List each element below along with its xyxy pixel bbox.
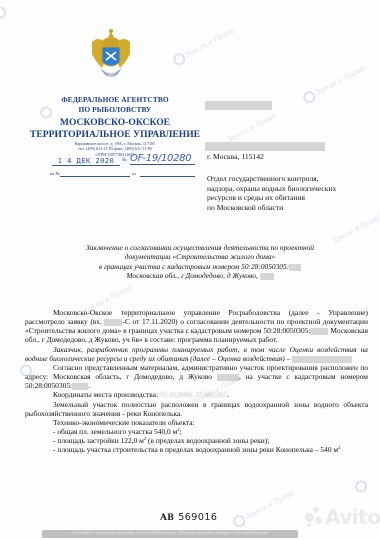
watermark-logo-icon <box>231 513 247 529</box>
agency-name: ФЕДЕРАЛЬНОЕ АГЕНТСТВО ПО РЫБОЛОВСТВУ <box>30 95 200 114</box>
watermark: Земля и Право <box>231 487 297 530</box>
indicator-construction-area: - площадь участка строительства в предел… <box>25 445 368 454</box>
paragraph-coordinates: Координаты места производства: 55.412060… <box>25 390 368 399</box>
redacted-addressee-name <box>205 101 272 110</box>
document-body: Московско-Окское территориальное управле… <box>25 308 368 455</box>
watermark-logo-icon <box>301 89 317 105</box>
indicator-land-area: - общая пл. земельного участка 540,0 м2; <box>25 427 368 436</box>
redacted-customer-name <box>292 356 352 363</box>
coat-of-arms-icon <box>88 28 134 82</box>
watermark <box>0 3 10 20</box>
reference-row: на № от <box>50 171 195 177</box>
redacted-cadastral-suffix <box>72 383 88 390</box>
watermark-notice-bar: Скачайте пробную версию Visual Watermark… <box>42 530 298 538</box>
redacted-plot-number <box>260 273 274 280</box>
watermark-logo-icon <box>0 4 8 20</box>
watermark: Земля и Право <box>301 63 367 106</box>
number-label: № <box>122 158 127 163</box>
paragraph-water-zone: Земельный участок полностью расположен в… <box>25 400 368 418</box>
watermark: Земля и Право <box>331 213 380 245</box>
avito-watermark: Avito <box>325 505 380 529</box>
indicator-building-area: - площадь застройки 122,0 м2 (в пределах… <box>25 436 368 445</box>
paragraph-location: Согласно представленным материалам, адми… <box>25 363 368 390</box>
document-title: Заключение о согласовании осуществления … <box>40 243 360 281</box>
registration-number: OF-19/10280 <box>130 153 195 165</box>
watermark: Земля и Право <box>171 25 237 68</box>
redacted-coordinates: 55.412060, 37.661267 <box>160 390 227 399</box>
ref-line <box>60 176 130 177</box>
department-name: МОСКОВСКО-ОКСКОЕ ТЕРРИТОРИАЛЬНОЕ УПРАВЛЕ… <box>22 117 208 141</box>
scanned-document-page: ФЕДЕРАЛЬНОЕ АГЕНТСТВО ПО РЫБОЛОВСТВУ МОС… <box>0 0 380 540</box>
paragraph-application: Московско-Окское территориальное управле… <box>25 308 368 345</box>
addressee-city: г. Москва, 115142 <box>207 152 264 162</box>
ref-label: на № <box>50 171 60 176</box>
form-serial-number: АВ569016 <box>160 512 217 523</box>
redacted-plot-number <box>217 374 239 381</box>
paragraph-indicators-heading: Технико-экономические показатели объекта… <box>25 418 368 427</box>
document-date: 1 4 ДЕК 2020 <box>52 157 120 166</box>
from-line <box>140 176 195 177</box>
redacted-application-number <box>104 319 122 326</box>
addressee-department: Отдел государственного контроля, надзора… <box>207 174 380 212</box>
watermark-logo-icon <box>353 478 369 494</box>
watermark: Земля и Право <box>226 112 278 144</box>
redacted-addressee-street <box>205 142 325 151</box>
redacted-cadastral-suffix <box>310 328 328 335</box>
watermark-logo-icon <box>171 51 187 67</box>
watermark <box>353 477 371 494</box>
date-number-row: 1 4 ДЕК 2020 № OF-19/10280 <box>50 157 195 167</box>
redacted-cadastral-suffix <box>289 264 301 271</box>
from-label: от <box>132 171 136 176</box>
paragraph-customer: Заказчик, разработчик программы планируе… <box>25 345 368 363</box>
